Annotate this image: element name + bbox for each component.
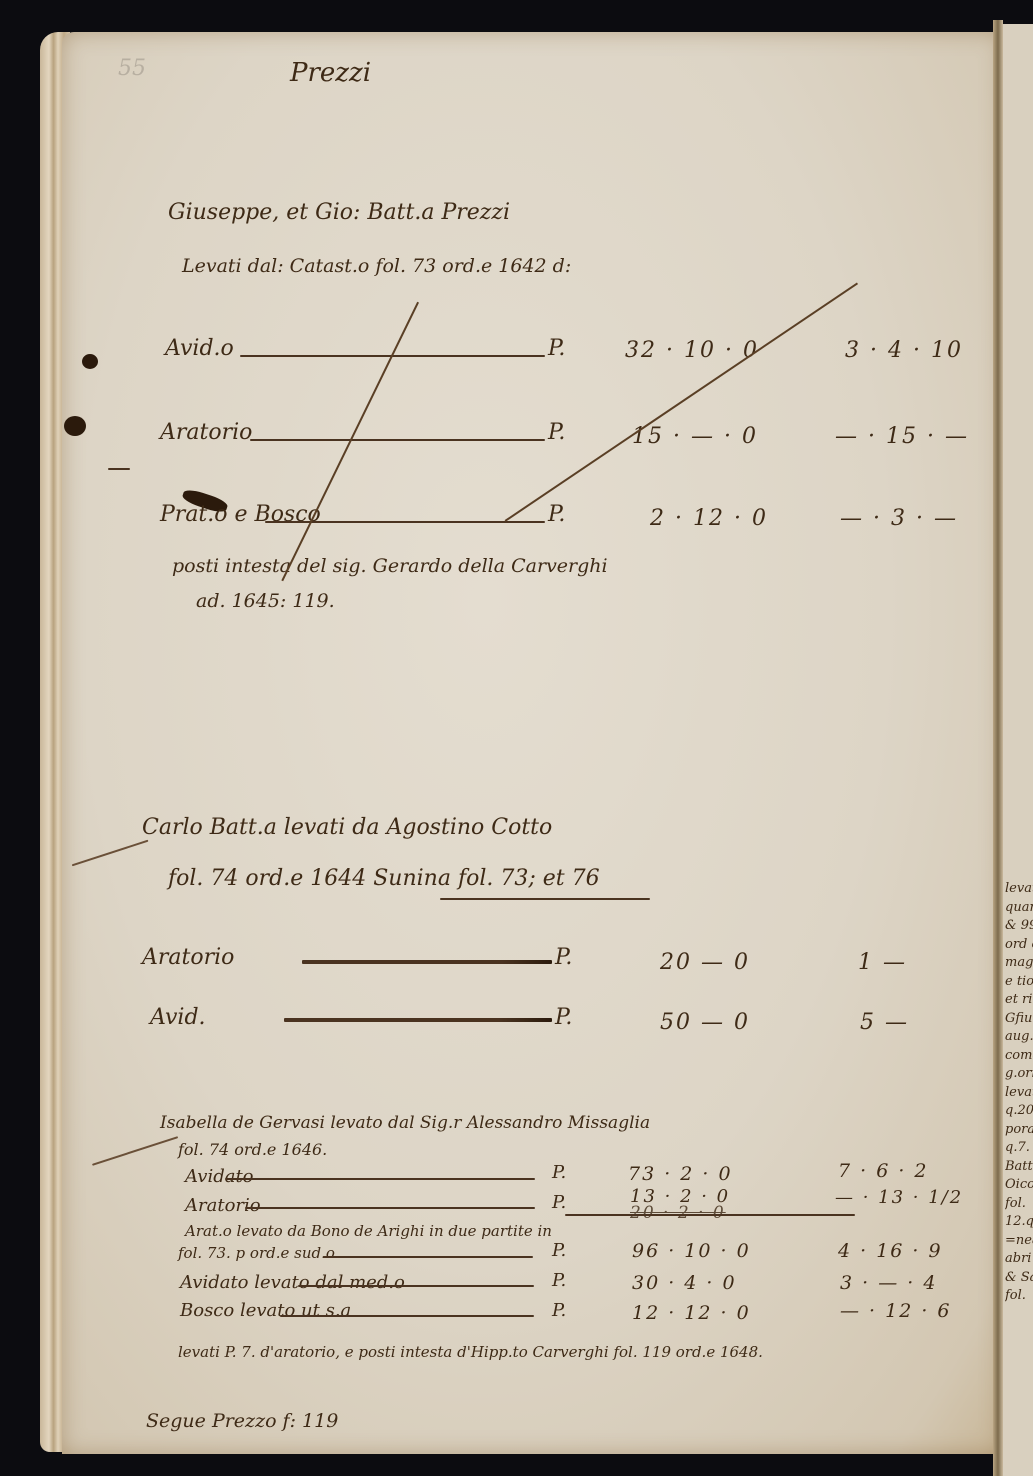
leader-line [302, 960, 552, 964]
entry1-row1-value-b: 3 · 4 · 10 [845, 338, 963, 363]
ink-stroke [108, 468, 130, 470]
entry2-row2-label: Avid. [150, 1005, 206, 1030]
unit-mark: P. [552, 1300, 566, 1321]
unit-mark: P. [555, 1005, 572, 1030]
entry3-row4-value-a: 30 · 4 · 0 [632, 1272, 737, 1294]
entry2-row1-value-b: 1 — [858, 950, 907, 975]
page-heading: Prezzi [290, 58, 371, 88]
entry1-row3-value-b: — · 3 · — [840, 506, 958, 531]
entry2-row2-value-b: 5 — [860, 1010, 909, 1035]
unit-mark: P. [548, 420, 565, 445]
entry2-title: Carlo Batt.a levati da Agostino Cotto [142, 815, 552, 840]
unit-mark: P. [552, 1240, 566, 1261]
entry3-row2-value-a-struck: 20 · 2 · 0 [630, 1203, 726, 1223]
entry3-row4-label: Avidato levato dal med.o [180, 1272, 405, 1293]
entry2-row1-value-a: 20 — 0 [660, 950, 750, 975]
entry3-row4-value-b: 3 · — · 4 [840, 1272, 937, 1294]
entry3-row3-label-cont: fol. 73. p ord.e sud.o [178, 1244, 335, 1262]
entry1-row1-value-a: 32 · 10 · 0 [625, 338, 759, 363]
ink-blot [64, 416, 86, 436]
unit-mark: P. [552, 1270, 566, 1291]
unit-mark: P. [552, 1162, 566, 1183]
entry3-row1-value-b: 7 · 6 · 2 [838, 1160, 929, 1182]
unit-mark: P. [548, 502, 565, 527]
ink-blot [82, 354, 98, 369]
entry3-row3-value-a: 96 · 10 · 0 [632, 1240, 751, 1262]
leader-line [225, 1178, 535, 1180]
entry1-subtitle: Levati dal: Catast.o fol. 73 ord.e 1642 … [182, 255, 571, 277]
binding-gutter [993, 20, 1003, 1476]
leader-line [298, 1285, 534, 1287]
entry1-row2-value-b: — · 15 · — [835, 424, 969, 449]
entry3-row1-label: Avidato [185, 1166, 254, 1187]
entry1-row2-value-a: 15 · — · 0 [632, 424, 758, 449]
leader-line [280, 1315, 534, 1317]
entry1-row3-label: Prat.o e Bosco [160, 502, 321, 527]
leader-line [265, 521, 545, 523]
entry3-row2-value-b: — · 13 · 1/2 [835, 1187, 963, 1208]
entry2-row2-value-a: 50 — 0 [660, 1010, 750, 1035]
unit-mark: P. [552, 1192, 566, 1213]
entry1-note: posti intesta del sig. Gerardo della Car… [172, 555, 608, 577]
page-number: 55 [118, 56, 146, 81]
entry1-row1-label: Avid.o [165, 336, 234, 361]
entry1-row3-value-a: 2 · 12 · 0 [650, 506, 768, 531]
entry3-subtitle: fol. 74 ord.e 1646. [178, 1140, 327, 1159]
entry3-row3-value-b: 4 · 16 · 9 [838, 1240, 943, 1262]
entry2-subtitle: fol. 74 ord.e 1644 Sunina fol. 73; et 76 [168, 866, 600, 891]
entry1-row2-label: Aratorio [160, 420, 252, 445]
entry3-row1-value-a: 73 · 2 · 0 [628, 1163, 733, 1185]
leader-line [250, 439, 545, 441]
entry3-row2-label: Aratorio [185, 1195, 261, 1216]
strikethrough-line [565, 1214, 855, 1216]
facing-page-text: levat quan & 99 ord e mag e tiol et rin … [1005, 880, 1033, 1306]
entry1-title: Giuseppe, et Gio: Batt.a Prezzi [168, 200, 510, 225]
unit-mark: P. [555, 945, 572, 970]
entry3-title: Isabella de Gervasi levato dal Sig.r Ale… [160, 1113, 650, 1133]
entry2-row1-label: Aratorio [142, 945, 234, 970]
entry3-row5-value-b: — · 12 · 6 [840, 1300, 952, 1322]
entry3-row5-value-a: 12 · 12 · 0 [632, 1302, 751, 1324]
entry3-row5-label: Bosco levato ut s.a [180, 1300, 351, 1321]
leader-line [323, 1256, 533, 1258]
unit-mark: P. [548, 336, 565, 361]
entry3-note: levati P. 7. d'aratorio, e posti intesta… [178, 1343, 763, 1361]
entry3-row3-label: Arat.o levato da Bono de Arighi in due p… [185, 1222, 552, 1240]
leader-line [245, 1207, 535, 1209]
leader-line [284, 1018, 552, 1022]
page-footer-catchword: Segue Prezzo f: 119 [146, 1410, 338, 1432]
entry1-note-ref: ad. 1645: 119. [196, 590, 335, 612]
underline [440, 898, 650, 900]
